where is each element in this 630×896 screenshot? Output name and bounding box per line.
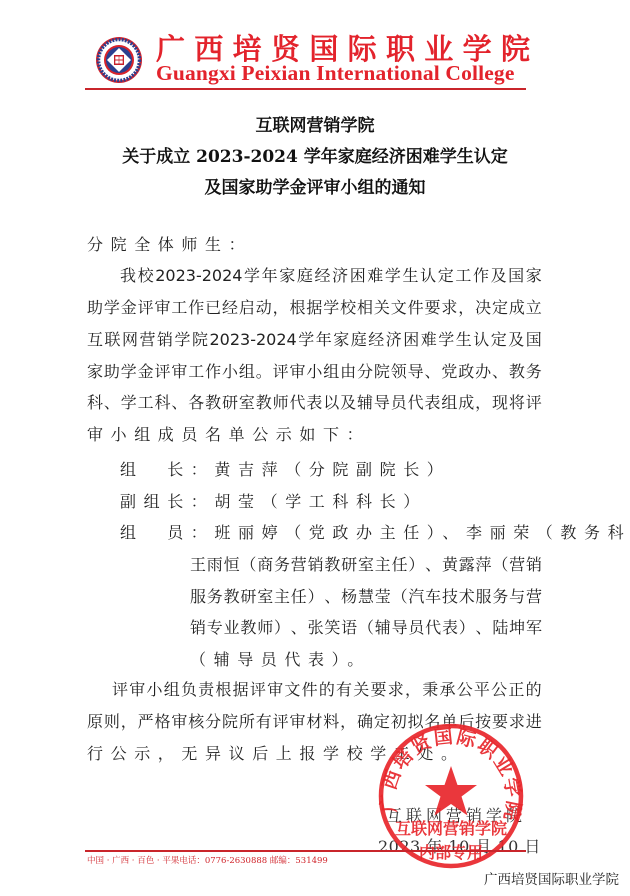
text-glyph: 辅 <box>375 618 391 638</box>
text-glyph: 成 <box>509 298 525 318</box>
signature-org: 互联网营销学院 <box>386 803 526 826</box>
text-glyph: 师 <box>273 393 289 413</box>
group-leader-name: 黄吉萍（分院副院长） <box>214 460 450 480</box>
text-glyph: 、 <box>324 587 340 607</box>
text-glyph: 根 <box>290 298 306 318</box>
paragraph-1-line: 家助学金评审工作小组。评审小组由分院领导、党政办、教务 <box>87 362 542 382</box>
title-line-3: 及国家助学金评审小组的通知 <box>60 178 570 198</box>
text-glyph: 雨 <box>207 555 223 575</box>
text-glyph: 平 <box>474 680 490 700</box>
text-glyph: 、 <box>171 393 187 413</box>
text-glyph: 家 <box>87 362 103 382</box>
text-glyph: 庭 <box>297 266 313 286</box>
text-glyph: 作 <box>188 298 204 318</box>
text-glyph: 相 <box>357 298 373 318</box>
text-glyph: 将 <box>509 393 525 413</box>
members-line: 王雨恒（商务营销教研室主任）、黄露萍（营销 <box>190 555 542 575</box>
text-glyph: 工 <box>138 393 154 413</box>
text-glyph: 员 <box>391 393 407 413</box>
members-text: 班丽婷（党政办主任）、李丽荣（教务科科长）、 <box>214 523 630 543</box>
text-glyph: ， <box>475 393 491 413</box>
text-glyph: 成 <box>458 393 474 413</box>
text-glyph: 学 <box>298 330 314 350</box>
text-glyph: 所 <box>239 712 255 732</box>
text-glyph: 销 <box>157 330 173 350</box>
title-line-1: 互联网营销学院 <box>60 116 570 136</box>
text-glyph: 金 <box>138 362 154 382</box>
text-glyph: 由 <box>340 362 356 382</box>
text-glyph: 小 <box>222 362 238 382</box>
paragraph-text: 行公示，无异议后上报学校学工处。 <box>87 744 465 764</box>
text-glyph: 、 <box>425 362 441 382</box>
text-glyph: 室 <box>257 587 273 607</box>
text-glyph: 已 <box>205 298 221 318</box>
text-glyph: 我 <box>120 266 136 286</box>
deputy-leader-name: 胡莹（学工科科长） <box>214 492 426 512</box>
text-glyph: 要 <box>425 298 441 318</box>
text-glyph: 代 <box>425 618 441 638</box>
text-glyph: 办 <box>475 362 491 382</box>
members-line: 服务教研室主任）、杨慧莹（汽车技术服务与营 <box>190 587 542 607</box>
text-glyph: 难 <box>421 330 437 350</box>
text-glyph: 要 <box>492 712 508 732</box>
text-glyph: 国 <box>508 266 524 286</box>
signature-date: 2023 年 10 月 10 日 <box>378 834 541 857</box>
text-glyph: 学 <box>385 266 401 286</box>
text-glyph: 公 <box>457 680 473 700</box>
text-glyph: 定 <box>491 330 507 350</box>
text-glyph: 慧 <box>358 587 374 607</box>
text-glyph: 审 <box>267 680 283 700</box>
text-glyph: 学 <box>121 362 137 382</box>
text-glyph: 表 <box>425 393 441 413</box>
footer-divider <box>85 850 526 852</box>
text-glyph: 文 <box>391 298 407 318</box>
members-line: 销专业教师）、张笑语（辅导员代表）、陆坤军 <box>190 618 542 638</box>
text-glyph: 审 <box>290 362 306 382</box>
text-glyph: 及 <box>508 330 524 350</box>
text-glyph: 主 <box>375 555 391 575</box>
college-name-en: Guangxi Peixian International College <box>156 62 528 84</box>
text-glyph: 陆 <box>492 618 508 638</box>
text-glyph: 公 <box>491 680 507 700</box>
text-glyph: 国 <box>526 330 542 350</box>
text-glyph: 坤 <box>509 618 525 638</box>
text-glyph: ） <box>459 618 475 638</box>
text-glyph: 评 <box>155 362 171 382</box>
text-glyph: 立 <box>526 298 542 318</box>
text-glyph: 定 <box>492 298 508 318</box>
text-glyph: 任 <box>392 555 408 575</box>
text-glyph: 教 <box>324 555 340 575</box>
text-glyph: 小 <box>146 680 162 700</box>
text-glyph: ， <box>458 298 474 318</box>
text-glyph: 正 <box>508 680 524 700</box>
text-glyph: 学 <box>121 393 137 413</box>
text-glyph: 求 <box>441 298 457 318</box>
text-glyph: 后 <box>458 712 474 732</box>
text-glyph: 营 <box>526 587 542 607</box>
text-glyph: 术 <box>459 587 475 607</box>
text-glyph: 评 <box>526 393 542 413</box>
text-glyph: 学 <box>323 298 339 318</box>
text-glyph: 按 <box>475 712 491 732</box>
text-glyph: 件 <box>302 680 318 700</box>
text-glyph: 务 <box>526 362 542 382</box>
text-glyph: 审 <box>171 712 187 732</box>
text-glyph: 代 <box>290 393 306 413</box>
text-glyph: 主 <box>274 587 290 607</box>
text-glyph: 家 <box>333 330 349 350</box>
text-glyph: （ <box>358 618 374 638</box>
text-glyph: 莹 <box>375 587 391 607</box>
text-glyph: 院 <box>192 330 208 350</box>
text-glyph: ， <box>273 298 289 318</box>
text-glyph: 经 <box>314 266 330 286</box>
text-glyph: 原 <box>87 712 103 732</box>
text-glyph: 现 <box>492 393 508 413</box>
text-glyph: 年 <box>262 266 278 286</box>
text-glyph: 的 <box>526 680 542 700</box>
text-glyph: 领 <box>391 362 407 382</box>
text-glyph: 露 <box>459 555 475 575</box>
text-glyph: 网 <box>122 330 138 350</box>
members-label: 组 员： <box>120 523 214 543</box>
text-glyph: 销 <box>308 555 324 575</box>
text-glyph: 组 <box>164 680 180 700</box>
text-glyph: 与 <box>509 587 525 607</box>
text-glyph: 学 <box>438 330 454 350</box>
text-glyph: 组 <box>323 362 339 382</box>
text-glyph: 、 <box>291 618 307 638</box>
text-glyph: 名 <box>425 712 441 732</box>
text-glyph: 分 <box>205 712 221 732</box>
text-glyph: 校 <box>138 266 154 286</box>
text-glyph: 确 <box>357 712 373 732</box>
text-glyph: ， <box>121 712 137 732</box>
text-glyph: 认 <box>473 330 489 350</box>
text-glyph: 工 <box>171 298 187 318</box>
text-glyph: 导 <box>392 618 408 638</box>
text-glyph: 审 <box>290 712 306 732</box>
text-glyph: 有 <box>336 680 352 700</box>
text-glyph: 教 <box>240 618 256 638</box>
paragraph-1-line: 我校2023-2024学年家庭经济困难学生认定工作及国家 <box>120 266 542 286</box>
header-divider <box>85 88 526 90</box>
text-glyph: 、 <box>476 618 492 638</box>
text-glyph: 要 <box>371 680 387 700</box>
text-glyph: 启 <box>239 298 255 318</box>
text-glyph: 教 <box>205 393 221 413</box>
text-glyph: ） <box>274 618 290 638</box>
text-glyph: 科 <box>87 393 103 413</box>
text-glyph: 黄 <box>442 555 458 575</box>
text-glyph: 、 <box>425 555 441 575</box>
paragraph-2-line: 原则，严格审核分院所有评审材料，确定初拟名单后按要求进 <box>87 712 542 732</box>
text-glyph: 笑 <box>324 618 340 638</box>
text-glyph: 家 <box>279 266 295 286</box>
text-glyph: 、 <box>104 393 120 413</box>
text-glyph: 营 <box>140 330 156 350</box>
text-glyph: （ <box>392 587 408 607</box>
text-glyph: 据 <box>306 298 322 318</box>
text-glyph: 家 <box>526 266 542 286</box>
text-glyph: 关 <box>374 298 390 318</box>
text-glyph: 及 <box>340 393 356 413</box>
text-glyph: 初 <box>391 712 407 732</box>
text-glyph: 拟 <box>408 712 424 732</box>
text-glyph: 审 <box>129 680 145 700</box>
text-glyph: 政 <box>458 362 474 382</box>
text-glyph: 务 <box>492 587 508 607</box>
footer-contact: 中国 · 广西 · 百色 · 平果电话：0776-2630888 邮编：5314… <box>87 854 328 866</box>
text-glyph: 务 <box>207 587 223 607</box>
text-glyph: 审 <box>155 298 171 318</box>
text-glyph: 责 <box>198 680 214 700</box>
paragraph-1-line: 科、学工科、各教研室教师代表以及辅导员代表组成，现将评 <box>87 393 542 413</box>
text-glyph: 王 <box>190 555 206 575</box>
salutation-text: 分院全体师生： <box>87 235 252 255</box>
text-glyph: 导 <box>408 362 424 382</box>
text-glyph: ， <box>405 680 421 700</box>
members-text: （辅导员代表）。 <box>190 650 371 670</box>
text-glyph: 严 <box>138 712 154 732</box>
text-glyph: 研 <box>222 393 238 413</box>
text-glyph: 作 <box>205 362 221 382</box>
text-glyph: 生 <box>456 330 472 350</box>
text-glyph: 院 <box>222 712 238 732</box>
text-glyph: 恒 <box>224 555 240 575</box>
text-glyph: 教 <box>256 393 272 413</box>
text-glyph: 研 <box>240 587 256 607</box>
text-glyph: 张 <box>308 618 324 638</box>
text-glyph: 。 <box>256 362 272 382</box>
text-glyph: 关 <box>353 680 369 700</box>
deputy-leader-label: 副组长： <box>120 492 214 512</box>
paragraph-text: 审小组成员名单公示如下： <box>87 425 370 445</box>
text-glyph: 难 <box>367 266 383 286</box>
text-glyph: 表 <box>306 393 322 413</box>
text-glyph: 年 <box>316 330 332 350</box>
text-glyph: 及 <box>491 266 507 286</box>
text-glyph: 进 <box>526 712 542 732</box>
text-glyph: 室 <box>239 393 255 413</box>
text-glyph: 教 <box>224 587 240 607</box>
text-glyph: 承 <box>439 680 455 700</box>
text-glyph: 服 <box>190 587 206 607</box>
title-line-2: 关于成立 2023-2024 学年家庭经济困难学生认定 <box>60 147 570 167</box>
college-emblem-icon <box>95 36 143 84</box>
watermark: 广西培贤国际职业学院 <box>484 868 619 888</box>
text-glyph: 小 <box>306 362 322 382</box>
text-glyph: 学 <box>104 298 120 318</box>
text-glyph: 营 <box>509 555 525 575</box>
text-glyph: 文 <box>284 680 300 700</box>
text-glyph: 研 <box>341 555 357 575</box>
text-glyph: 销 <box>190 618 206 638</box>
text-glyph: 任 <box>291 587 307 607</box>
text-glyph: 审 <box>171 362 187 382</box>
text-glyph: 作 <box>473 266 489 286</box>
text-glyph: 材 <box>306 712 322 732</box>
text-glyph: 2023-2024 <box>155 266 242 286</box>
text-glyph: 代 <box>408 393 424 413</box>
text-glyph: 困 <box>403 330 419 350</box>
text-glyph: 金 <box>121 298 137 318</box>
text-glyph: 助 <box>87 298 103 318</box>
text-glyph: 科 <box>155 393 171 413</box>
text-glyph: 的 <box>319 680 335 700</box>
text-glyph: 据 <box>233 680 249 700</box>
text-glyph: ） <box>308 587 324 607</box>
text-glyph: 单 <box>441 712 457 732</box>
text-glyph: ， <box>340 712 356 732</box>
text-glyph: 以 <box>323 393 339 413</box>
text-glyph: 求 <box>509 712 525 732</box>
text-glyph: 技 <box>442 587 458 607</box>
paragraph-1-line: 助学金评审工作已经启动，根据学校相关文件要求，决定成立 <box>87 298 542 318</box>
deputy-leader-row: 副组长：胡莹（学工科科长） <box>120 492 575 512</box>
text-glyph: 导 <box>374 393 390 413</box>
paragraph-1-line: 审小组成员名单公示如下： <box>87 425 542 445</box>
text-glyph: （ <box>492 555 508 575</box>
text-glyph: 组 <box>239 362 255 382</box>
text-glyph: 件 <box>408 298 424 318</box>
text-glyph: ） <box>408 555 424 575</box>
text-glyph: 组 <box>441 393 457 413</box>
text-glyph: 工 <box>188 362 204 382</box>
text-glyph: 、 <box>492 362 508 382</box>
paragraph-2-line: 行公示，无异议后上报学校学工处。 <box>87 744 542 764</box>
text-glyph: 评 <box>273 362 289 382</box>
text-glyph: 校 <box>340 298 356 318</box>
text-glyph: 服 <box>476 587 492 607</box>
text-glyph: 秉 <box>422 680 438 700</box>
text-glyph: 互 <box>87 330 103 350</box>
text-glyph: 销 <box>526 555 542 575</box>
text-glyph: 辅 <box>357 393 373 413</box>
text-glyph: 专 <box>207 618 223 638</box>
text-glyph: 商 <box>257 555 273 575</box>
text-glyph: 萍 <box>476 555 492 575</box>
text-glyph: 有 <box>256 712 272 732</box>
text-glyph: （ <box>240 555 256 575</box>
text-glyph: 教 <box>509 362 525 382</box>
text-glyph: 营 <box>291 555 307 575</box>
text-glyph: 2023-2024 <box>210 330 297 350</box>
text-glyph: 助 <box>104 362 120 382</box>
text-glyph: 困 <box>350 266 366 286</box>
text-glyph: 负 <box>181 680 197 700</box>
text-glyph: 评 <box>273 712 289 732</box>
paragraph-2-line: 评审小组负责根据评审文件的有关要求，秉承公平公正的 <box>112 680 542 700</box>
text-glyph: 杨 <box>341 587 357 607</box>
text-glyph: 师 <box>257 618 273 638</box>
members-line: （辅导员代表）。 <box>190 650 630 670</box>
text-glyph: 员 <box>408 618 424 638</box>
text-glyph: 动 <box>256 298 272 318</box>
text-glyph: 济 <box>386 330 402 350</box>
text-glyph: 求 <box>388 680 404 700</box>
text-glyph: 认 <box>420 266 436 286</box>
text-glyph: 评 <box>112 680 128 700</box>
text-glyph: 料 <box>323 712 339 732</box>
group-leader-row: 组 长：黄吉萍（分院副院长） <box>120 460 575 480</box>
text-glyph: 定 <box>374 712 390 732</box>
members-row: 组 员：班丽婷（党政办主任）、李丽荣（教务科科长）、 <box>120 523 575 543</box>
paragraph-1-line: 互联网营销学院2023-2024学年家庭经济困难学生认定及国 <box>87 330 542 350</box>
text-glyph: 汽 <box>408 587 424 607</box>
text-glyph: 则 <box>104 712 120 732</box>
text-glyph: 学 <box>244 266 260 286</box>
text-glyph: 学 <box>175 330 191 350</box>
group-leader-label: 组 长： <box>120 460 214 480</box>
text-glyph: 济 <box>332 266 348 286</box>
text-glyph: 分 <box>357 362 373 382</box>
salutation: 分院全体师生： <box>87 235 542 255</box>
text-glyph: 经 <box>368 330 384 350</box>
text-glyph: 根 <box>215 680 231 700</box>
text-glyph: 务 <box>274 555 290 575</box>
text-glyph: 军 <box>526 618 542 638</box>
text-glyph: 格 <box>155 712 171 732</box>
text-glyph: 语 <box>341 618 357 638</box>
text-glyph: 联 <box>105 330 121 350</box>
text-glyph: 表 <box>442 618 458 638</box>
text-glyph: 定 <box>438 266 454 286</box>
text-glyph: 评 <box>138 298 154 318</box>
text-glyph: 评 <box>250 680 266 700</box>
text-glyph: 党 <box>441 362 457 382</box>
text-glyph: 业 <box>224 618 240 638</box>
text-glyph: 车 <box>425 587 441 607</box>
text-glyph: 决 <box>475 298 491 318</box>
text-glyph: 各 <box>188 393 204 413</box>
text-glyph: 经 <box>222 298 238 318</box>
text-glyph: 庭 <box>351 330 367 350</box>
text-glyph: 院 <box>374 362 390 382</box>
text-glyph: 核 <box>188 712 204 732</box>
text-glyph: 生 <box>403 266 419 286</box>
text-glyph: 工 <box>455 266 471 286</box>
text-glyph: 室 <box>358 555 374 575</box>
